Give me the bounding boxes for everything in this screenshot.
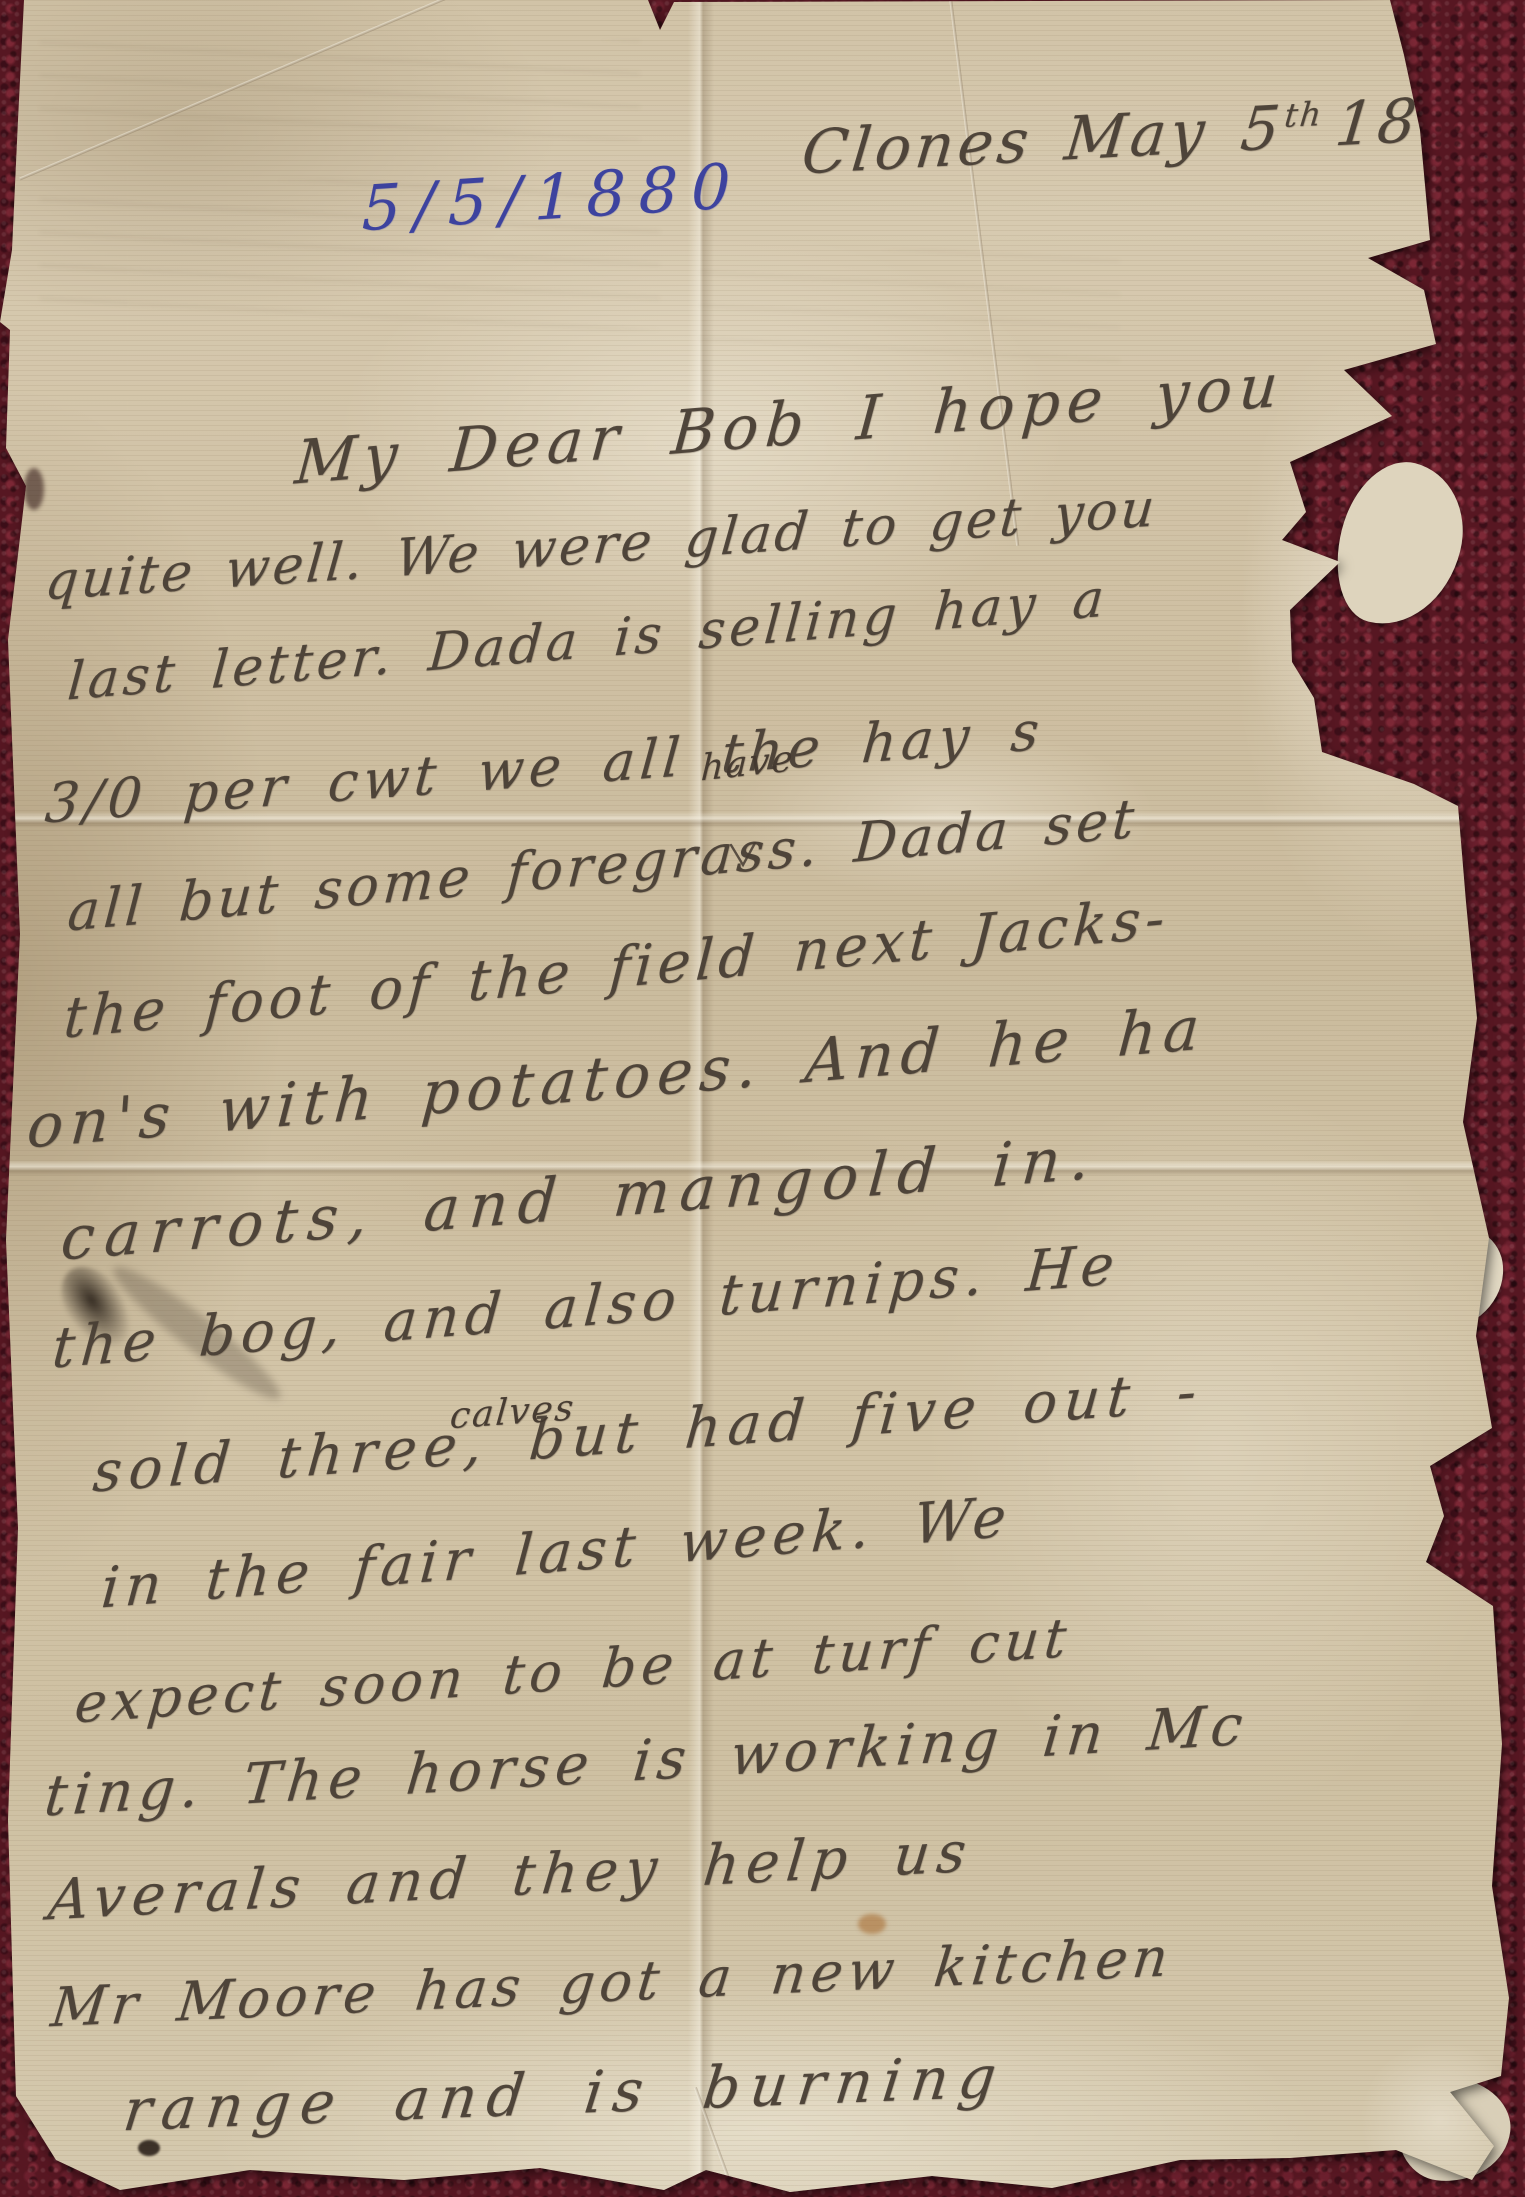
letter-sheet: 5/5/1880 Clones May 5th1880 My Dear Bob … (0, 0, 1525, 2197)
caret-mark (728, 842, 758, 868)
dark-spot (24, 468, 44, 510)
dateline-year: 1880 (1332, 81, 1508, 160)
ink-bleed-through (40, 40, 640, 140)
rust-spot (858, 1914, 886, 1934)
dateline-ordinal: th (1282, 94, 1325, 135)
photo-of-letter: { "annotations": { "archival_date": "5/5… (0, 0, 1525, 2197)
letter-sheet-shadow: 5/5/1880 Clones May 5th1880 My Dear Bob … (0, 0, 1525, 2197)
torn-edge-highlight (1360, 2040, 1520, 2197)
ink-bleed-through (700, 250, 1120, 370)
